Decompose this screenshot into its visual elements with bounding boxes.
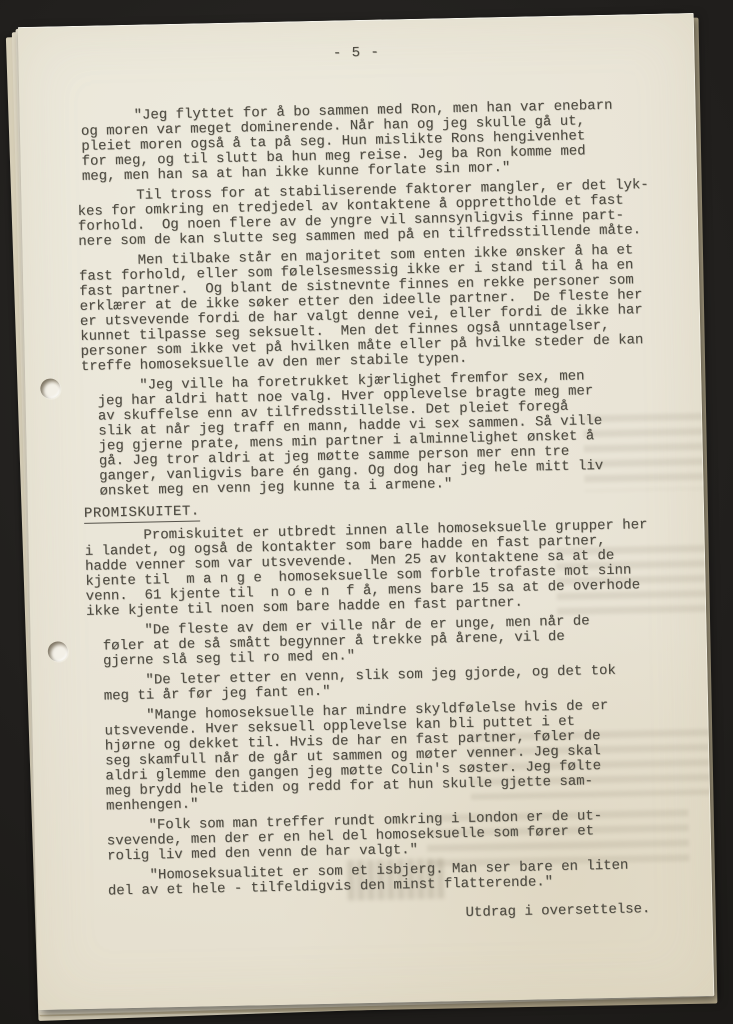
quote-paragraph: "De fleste av dem er ville når de er ung… xyxy=(102,612,689,669)
quote-paragraph: "Jeg ville ha foretrukket kjærlighet fre… xyxy=(97,367,685,499)
page-number: - 5 - xyxy=(18,39,694,68)
quote-paragraph: "Jeg flyttet for å bo sammen med Ron, me… xyxy=(81,97,679,184)
section-heading-text: PROMISKUITET. xyxy=(84,503,200,523)
closing-note: Utdrag i oversettelse. xyxy=(36,901,712,930)
body-paragraph: Til tross for at stabiliserende faktorer… xyxy=(77,177,680,250)
quote-paragraph: "Mange homoseksuelle har mindre skyldføl… xyxy=(104,697,692,814)
typewritten-content: - 5 - "Jeg flyttet for å bo sammen med R… xyxy=(18,13,714,1010)
body-paragraph: Men tilbake står en majoritet som enten … xyxy=(79,242,683,375)
photo-background: - 5 - "Jeg flyttet for å bo sammen med R… xyxy=(0,0,733,1024)
body-paragraph: Promiskuitet er utbredt innen alle homos… xyxy=(84,517,688,620)
document-page: - 5 - "Jeg flyttet for å bo sammen med R… xyxy=(18,13,714,1010)
quote-paragraph: "Homoseksualitet er som et isbjerg. Man … xyxy=(107,857,693,899)
quote-paragraph: "Folk som man treffer rundt omkring i Lo… xyxy=(106,807,693,864)
